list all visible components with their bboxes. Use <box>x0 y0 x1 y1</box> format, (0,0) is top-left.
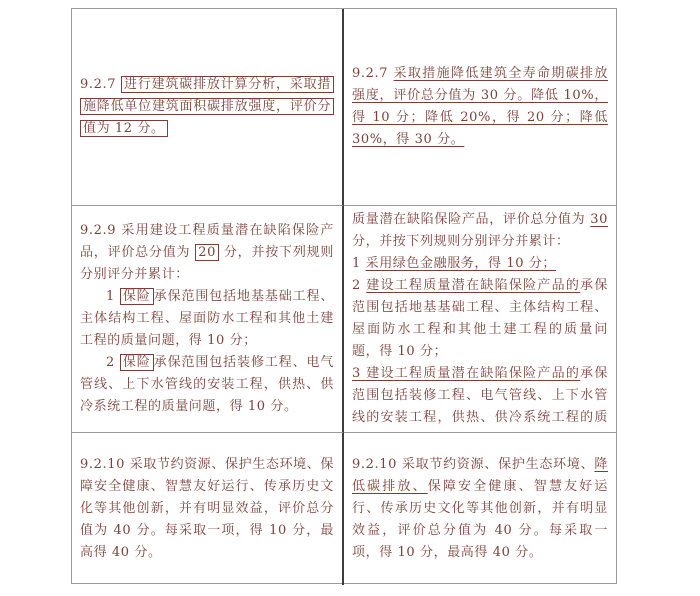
deleted-text-segment: 20 <box>195 244 219 261</box>
clause-paragraph: 9.2.7 采取措施降低建筑全寿命期碳排放强度，评价总分值为 30 分。降低 1… <box>352 63 608 151</box>
document-page: 9.2.7 进行建筑碳排放计算分析，采取措施降低单位建筑面积碳排放强度，评价分值… <box>0 0 700 596</box>
clause-paragraph: 1 保险承保范围包括地基基础工程、主体结构工程、屋面防水工程和其他土建工程的质量… <box>80 286 334 352</box>
text-segment: 分，并按下列规则分别评分并累计： <box>352 234 570 249</box>
text-segment: 2 <box>352 278 366 293</box>
clause-cell-old-row2: 9.2.9 采用建设工程质量潜在缺陷保险产品，评价总分值为 20 分，并按下列规… <box>72 206 344 433</box>
clause-cell-old-row1: 9.2.7 进行建筑碳排放计算分析，采取措施降低单位建筑面积碳排放强度，评价分值… <box>72 9 344 206</box>
clause-text-block: 9.2.9 采用绿色金融服务,或采用建设工程质量潜在缺陷保险产品，评价总分值为 … <box>352 206 608 433</box>
text-segment: 9.2.10 采取节约资源、保护生态环境、保障安全健康、智慧友好运行、传承历史文… <box>80 457 334 560</box>
deleted-text-segment: 保险 <box>120 288 154 305</box>
inserted-text-segment: 3 建设工程质量潜在缺陷保险产品的 <box>352 366 580 381</box>
text-segment: 9.2.7 <box>352 66 394 81</box>
clause-cell-old-row3: 9.2.10 采取节约资源、保护生态环境、保障安全健康、智慧友好运行、传承历史文… <box>72 433 344 585</box>
clause-paragraph: 1 采用绿色金融服务，得 10 分； <box>352 253 608 275</box>
clause-paragraph: 9.2.9 采用建设工程质量潜在缺陷保险产品，评价总分值为 20 分，并按下列规… <box>80 220 334 286</box>
comparison-table: 9.2.7 进行建筑碳排放计算分析，采取措施降低单位建筑面积碳排放强度，评价分值… <box>71 8 617 584</box>
text-segment: 9.2.10 采取节约资源、保护生态环境、 <box>352 457 594 472</box>
text-segment: 1 <box>352 256 366 271</box>
text-segment: 2 <box>106 355 120 370</box>
clause-cell-new-row1: 9.2.7 采取措施降低建筑全寿命期碳排放强度，评价总分值为 30 分。降低 1… <box>344 9 616 206</box>
deleted-text-segment: 保险 <box>120 354 154 371</box>
clause-paragraph: 9.2.9 采用绿色金融服务,或采用建设工程质量潜在缺陷保险产品，评价总分值为 … <box>352 206 608 253</box>
clause-paragraph: 9.2.10 采取节约资源、保护生态环境、保障安全健康、智慧友好运行、传承历史文… <box>80 454 334 564</box>
text-segment: 9.2.7 <box>80 77 121 92</box>
clause-text-block: 9.2.7 采取措施降低建筑全寿命期碳排放强度，评价总分值为 30 分。降低 1… <box>352 63 608 151</box>
clause-paragraph: 9.2.10 采取节约资源、保护生态环境、降低碳排放、保障安全健康、智慧友好运行… <box>352 454 608 564</box>
clause-text-block: 9.2.10 采取节约资源、保护生态环境、降低碳排放、保障安全健康、智慧友好运行… <box>352 454 608 564</box>
clause-text-block: 9.2.10 采取节约资源、保护生态环境、保障安全健康、智慧友好运行、传承历史文… <box>80 454 334 564</box>
inserted-text-segment: 建设工程质量潜在缺陷保险产品的 <box>366 278 580 293</box>
inserted-text-segment: 30 <box>590 212 608 227</box>
clause-paragraph: 3 建设工程质量潜在缺陷保险产品的承保范围包括装修工程、电气管线、上下水管线的安… <box>352 363 608 433</box>
clause-cell-new-row3: 9.2.10 采取节约资源、保护生态环境、降低碳排放、保障安全健康、智慧友好运行… <box>344 433 616 585</box>
clause-paragraph: 2 建设工程质量潜在缺陷保险产品的承保范围包括地基基础工程、主体结构工程、屋面防… <box>352 275 608 363</box>
clause-paragraph: 2 保险承保范围包括装修工程、电气管线、上下水管线的安装工程，供热、供冷系统工程… <box>80 352 334 418</box>
clause-cell-new-row2: 9.2.9 采用绿色金融服务,或采用建设工程质量潜在缺陷保险产品，评价总分值为 … <box>344 206 616 433</box>
text-segment: 1 <box>106 289 120 304</box>
clause-text-block: 9.2.9 采用建设工程质量潜在缺陷保险产品，评价总分值为 20 分，并按下列规… <box>80 220 334 418</box>
inserted-text-segment: 采用绿色金融服务，得 10 分； <box>366 256 556 271</box>
text-segment: 采用建设工程质量潜在缺陷保险产品，评价总分值为 <box>352 206 608 227</box>
clause-paragraph: 9.2.7 进行建筑碳排放计算分析，采取措施降低单位建筑面积碳排放强度，评价分值… <box>80 74 334 140</box>
clause-text-block: 9.2.7 进行建筑碳排放计算分析，采取措施降低单位建筑面积碳排放强度，评价分值… <box>80 74 334 140</box>
